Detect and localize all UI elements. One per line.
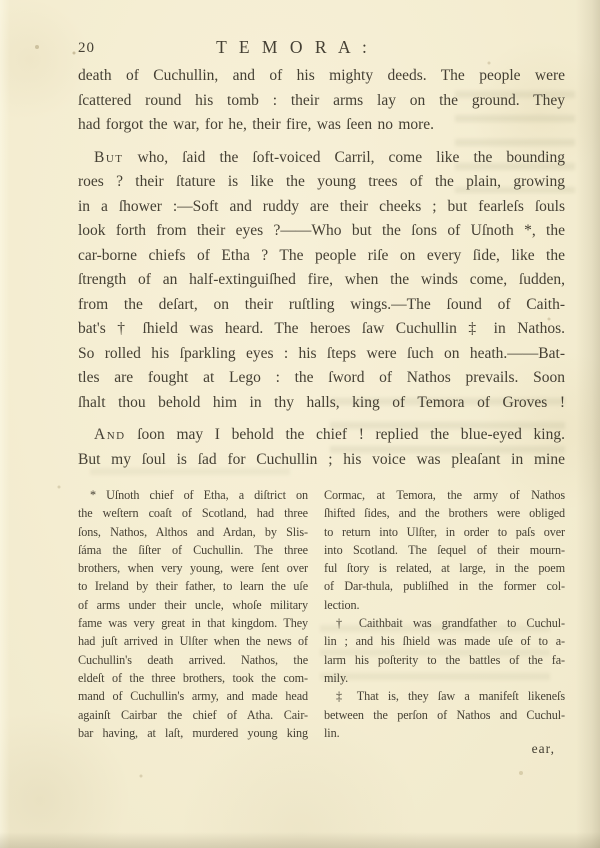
- smallcaps-word: And: [94, 426, 126, 443]
- footnote-line: ſhifted ſides, and the brothers were obl…: [324, 504, 565, 522]
- text-line: ſhalt thou behold him in thy halls, king…: [78, 391, 565, 416]
- footnote-line: fame was very great in that kingdom. The…: [78, 614, 308, 632]
- page-edge-shadow-left: [0, 0, 10, 848]
- text-line: death of Cuchullin, and of his mighty de…: [78, 64, 565, 89]
- footnote-line: mily.: [324, 669, 565, 687]
- footnote-line: † Caithbait was grandfather to Cuchul-: [324, 614, 565, 632]
- text-span: who, ſaid the ſoft-voiced Carril, come l…: [124, 149, 565, 166]
- page-edge-shadow-bottom: [0, 832, 600, 848]
- footnote-line: of Dar-thula, publiſhed in the former co…: [324, 577, 565, 595]
- footnote-line: Cormac, at Temora, the army of Nathos: [324, 486, 565, 504]
- text-line: from the deſart, on their ruſtling wings…: [78, 293, 565, 318]
- smallcaps-word: But: [94, 149, 124, 166]
- text-line: tles are fought at Lego : the ſword of N…: [78, 366, 565, 391]
- footnote-line: bar having, at laſt, murdered young king: [78, 724, 308, 742]
- paper-speckles: [0, 0, 2, 2]
- footnotes: * Uſnoth chief of Etha, a diſtrict on th…: [78, 486, 565, 742]
- paragraph: But who, ſaid the ſoft-voiced Carril, co…: [78, 146, 565, 416]
- footnote-line: to return into Ulſter, in order to paſs …: [324, 523, 565, 541]
- footnote-line: the weſtern coaſt of Scotland, had three: [78, 504, 308, 522]
- page-header: 20 T E M O R A :: [78, 32, 565, 58]
- footnote-column-right: Cormac, at Temora, the army of Nathos ſh…: [324, 486, 565, 742]
- catchword: ear,: [78, 741, 555, 757]
- footnote-line: into Scotland. The ſequel of their mourn…: [324, 541, 565, 559]
- page-edge-shadow-right: [576, 0, 600, 848]
- footnote-line: of arms under their uncle, whoſe militar…: [78, 596, 308, 614]
- text-line: car-borne chiefs of Etha ? The people ri…: [78, 244, 565, 269]
- footnote-line: * Uſnoth chief of Etha, a diſtrict on: [78, 486, 308, 504]
- text-line: in a ſhower :—Soft and ruddy are their c…: [78, 195, 565, 220]
- text-line: ſtrength of an half-extinguiſhed fire, w…: [78, 268, 565, 293]
- page-title: T E M O R A :: [78, 37, 508, 58]
- footnote-line: ſáma the ſiſter of Cuchullin. The three: [78, 541, 308, 559]
- text-line: But my ſoul is ſad for Cuchullin ; his v…: [78, 448, 565, 473]
- footnote-line: eldeſt of the three brothers, took the c…: [78, 669, 308, 687]
- main-text: death of Cuchullin, and of his mighty de…: [78, 64, 565, 480]
- footnote-line: againſt Cairbar the chief of Atha. Cair-: [78, 706, 308, 724]
- text-span: ſoon may I behold the chief ! replied th…: [126, 426, 565, 443]
- text-line: And ſoon may I behold the chief ! replie…: [78, 423, 565, 448]
- paragraph: And ſoon may I behold the chief ! replie…: [78, 423, 565, 472]
- footnote-line: ‡ That is, they ſaw a manifeſt likeneſs: [324, 687, 565, 705]
- text-line: had forgot the war, for he, their fire, …: [78, 113, 565, 138]
- footnote-line: lin ; and his ſhield was made uſe of to …: [324, 632, 565, 650]
- footnote-line: lection.: [324, 596, 565, 614]
- footnote-column-left: * Uſnoth chief of Etha, a diſtrict on th…: [78, 486, 308, 742]
- footnote-line: had juſt arrived in Ulſter when the news…: [78, 632, 308, 650]
- text-line: roes ? their ſtature is like the young t…: [78, 170, 565, 195]
- footnote-line: brothers, when very young, were ſent ove…: [78, 559, 308, 577]
- text-line: bat's † ſhield was heard. The heroes ſaw…: [78, 317, 565, 342]
- footnote-line: lin.: [324, 724, 565, 742]
- text-line: look forth from their eyes ?——Who but th…: [78, 219, 565, 244]
- text-line: So rolled his ſparkling eyes : his ſteps…: [78, 342, 565, 367]
- paragraph: death of Cuchullin, and of his mighty de…: [78, 64, 565, 138]
- footnote-line: ful ſtory is related, at large, in the p…: [324, 559, 565, 577]
- footnote-line: to Ireland by their father, to learn the…: [78, 577, 308, 595]
- footnote-line: larm his poſterity to the battles of the…: [324, 651, 565, 669]
- footnote-line: ſons, Nathos, Althos and Ardan, by Slis-: [78, 523, 308, 541]
- footnote-line: Cuchullin's death arrived. Nathos, the: [78, 651, 308, 669]
- text-line: ſcattered round his tomb : their arms la…: [78, 89, 565, 114]
- footnote-line: mand of Cuchullin's army, and made head: [78, 687, 308, 705]
- text-line: But who, ſaid the ſoft-voiced Carril, co…: [78, 146, 565, 171]
- footnote-line: between the perſon of Nathos and Cuchul-: [324, 706, 565, 724]
